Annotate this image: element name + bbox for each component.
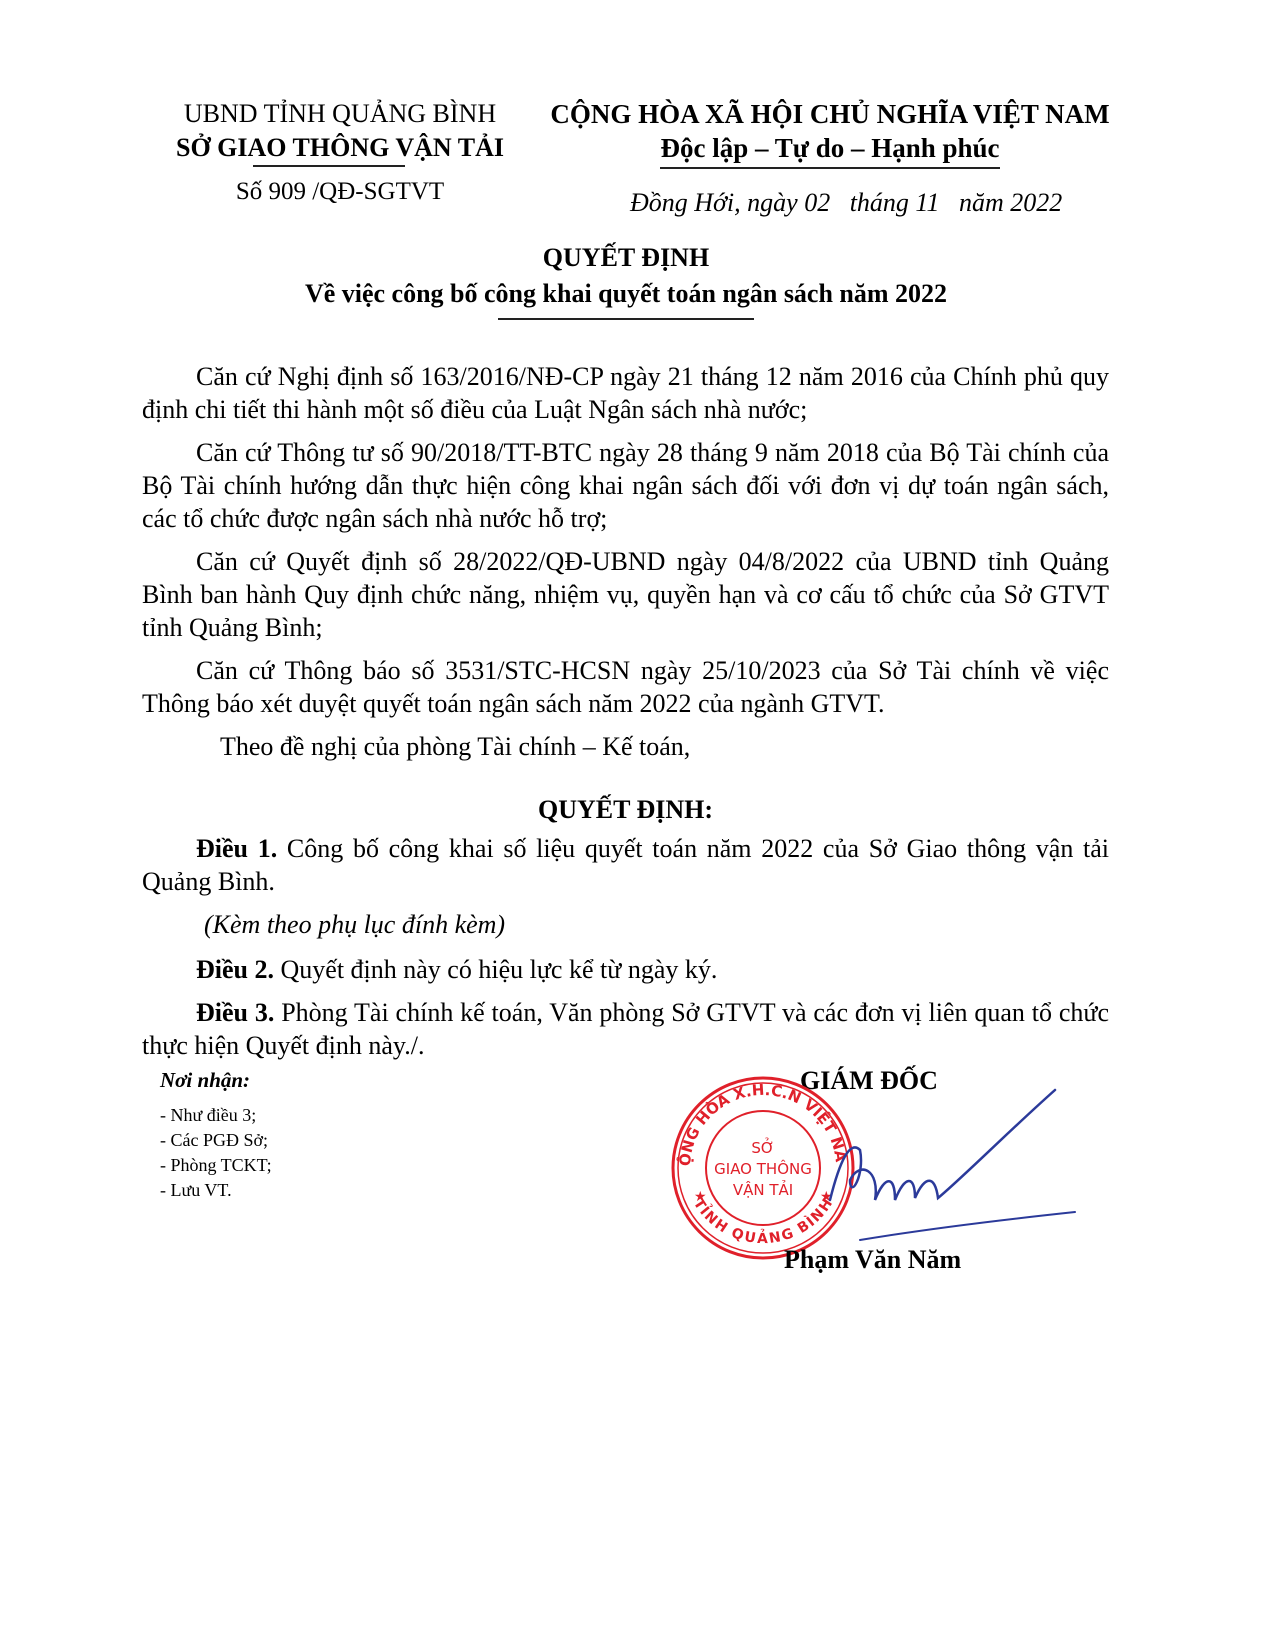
article-text: Quyết định này có hiệu lực kể từ ngày ký… <box>274 955 717 984</box>
preamble-paragraph: Căn cứ Nghị định số 163/2016/NĐ-CP ngày … <box>142 360 1109 426</box>
svg-text:★: ★ <box>694 1190 707 1205</box>
national-motto: Độc lập – Tự do – Hạnh phúc <box>660 131 999 169</box>
national-header-block: CỘNG HÒA XÃ HỘI CHỦ NGHĨA VIỆT NAM Độc l… <box>535 97 1125 169</box>
article-2: Điều 2. Quyết định này có hiệu lực kể từ… <box>142 953 1109 986</box>
article-label: Điều 2. <box>196 955 274 984</box>
article-label: Điều 3. <box>196 998 274 1027</box>
preamble-paragraph: Căn cứ Thông tư số 90/2018/TT-BTC ngày 2… <box>142 436 1109 535</box>
place-and-date: Đồng Hới, ngày 02 tháng 11 năm 2022 <box>630 188 1062 218</box>
proposal-line: Theo đề nghị của phòng Tài chính – Kế to… <box>142 730 1109 763</box>
article-text: Phòng Tài chính kế toán, Văn phòng Sở GT… <box>142 998 1109 1060</box>
article-3: Điều 3. Phòng Tài chính kế toán, Văn phò… <box>142 996 1109 1062</box>
document-number: Số 909 /QĐ-SGTVT <box>140 175 540 209</box>
department-name: SỞ GIAO THÔNG VẬN TẢI <box>140 131 540 165</box>
decision-heading: QUYẾT ĐỊNH: <box>142 793 1109 826</box>
stamp-center-line: VẬN TẢI <box>733 1179 793 1199</box>
document-title-block: QUYẾT ĐỊNH Về việc công bố công khai quy… <box>0 240 1252 320</box>
stamp-center-line: SỞ <box>751 1137 774 1157</box>
recipient-item: - Phòng TCKT; <box>160 1153 272 1178</box>
preamble-paragraph: Căn cứ Thông báo số 3531/STC-HCSN ngày 2… <box>142 654 1109 720</box>
preamble-paragraph: Căn cứ Quyết định số 28/2022/QĐ-UBND ngà… <box>142 545 1109 644</box>
document-body: Căn cứ Nghị định số 163/2016/NĐ-CP ngày … <box>142 360 1109 1072</box>
article-1: Điều 1. Công bố công khai số liệu quyết … <box>142 832 1109 898</box>
document-subject: Về việc công bố công khai quyết toán ngâ… <box>0 276 1252 312</box>
document-heading: QUYẾT ĐỊNH <box>0 240 1252 276</box>
recipient-item: - Các PGĐ Sở; <box>160 1128 272 1153</box>
authority-name: UBND TỈNH QUẢNG BÌNH <box>140 97 540 131</box>
svg-text:TỈNH QUẢNG BÌNH: TỈNH QUẢNG BÌNH <box>690 1196 836 1247</box>
divider <box>253 165 405 167</box>
signature-icon <box>820 1080 1080 1260</box>
stamp-center-line: GIAO THÔNG <box>714 1159 812 1178</box>
recipients-label: Nơi nhận: <box>160 1068 272 1093</box>
recipient-item: - Như điều 3; <box>160 1103 272 1128</box>
stamp-bottom-text: TỈNH QUẢNG BÌNH <box>690 1196 836 1247</box>
divider <box>498 318 754 320</box>
signer-name: Phạm Văn Năm <box>784 1245 961 1275</box>
issuing-authority-block: UBND TỈNH QUẢNG BÌNH SỞ GIAO THÔNG VẬN T… <box>140 97 540 209</box>
attachment-note: (Kèm theo phụ lục đính kèm) <box>142 908 1109 941</box>
article-label: Điều 1. <box>196 834 277 863</box>
country-name: CỘNG HÒA XÃ HỘI CHỦ NGHĨA VIỆT NAM <box>535 97 1125 131</box>
recipients-block: Nơi nhận: - Như điều 3; - Các PGĐ Sở; - … <box>160 1068 272 1203</box>
recipient-item: - Lưu VT. <box>160 1178 272 1203</box>
article-text: Công bố công khai số liệu quyết toán năm… <box>142 834 1109 896</box>
